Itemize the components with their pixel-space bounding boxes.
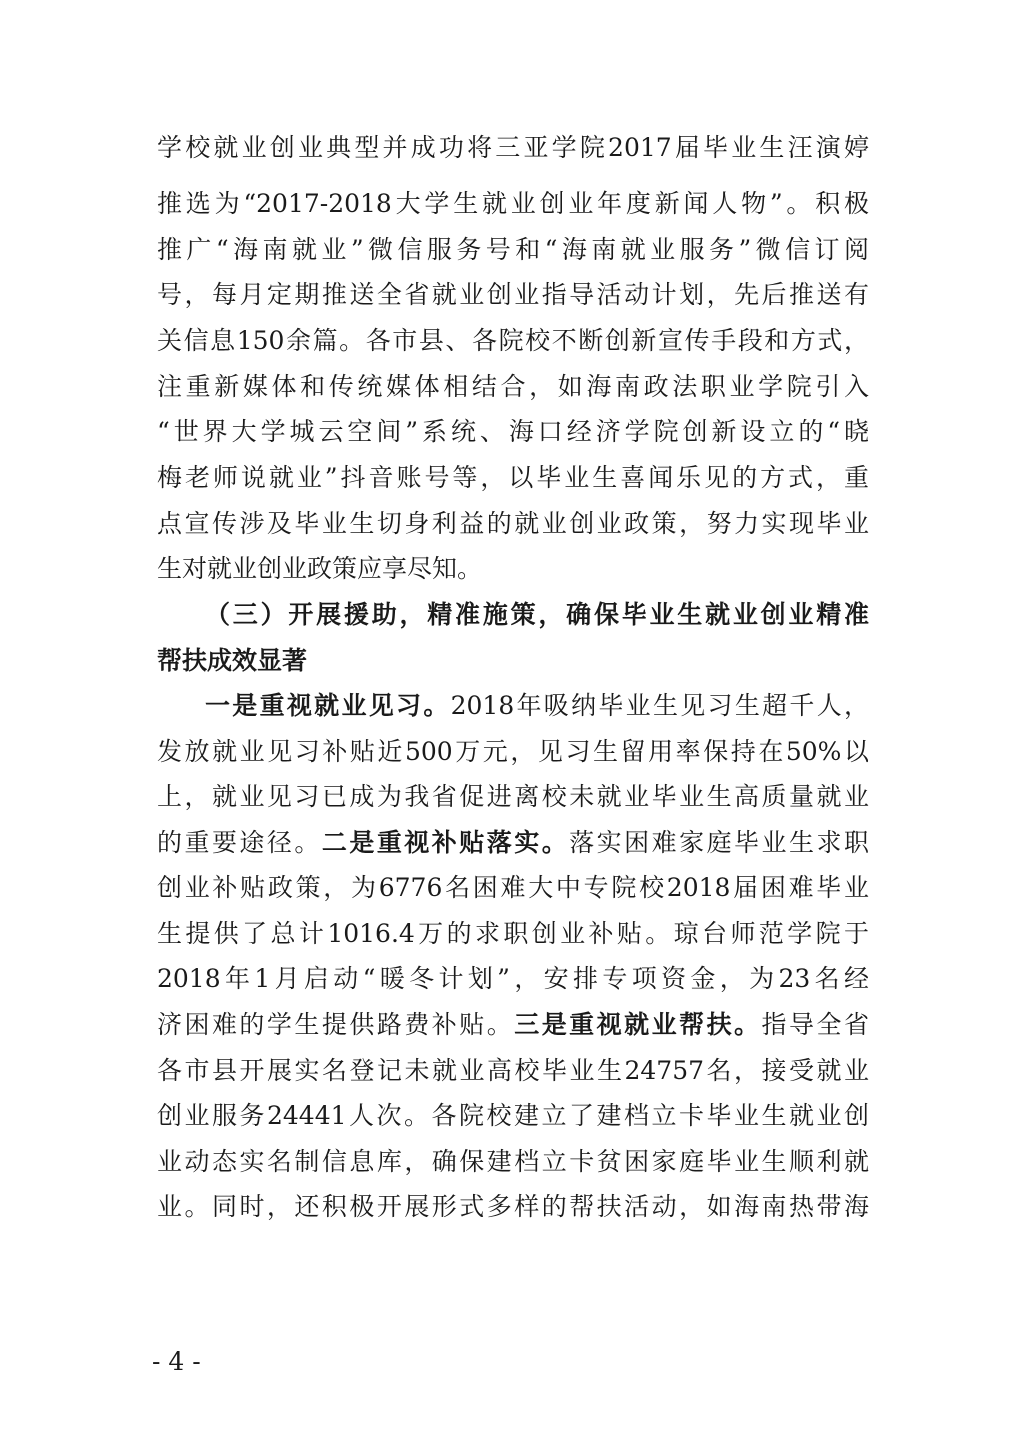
paragraph-line: 注重新媒体和传统媒体相结合，如海南政法职业学院引入 xyxy=(157,367,869,407)
line-text: 指导全省 xyxy=(762,1010,869,1039)
document-page: 学校就业创业典型并成功将三亚学院2017届毕业生汪演婷 推选为“2017-201… xyxy=(0,0,1024,1447)
paragraph-line: 的重要途径。二是重视补贴落实。落实困难家庭毕业生求职 xyxy=(157,823,869,863)
paragraph-line: 济困难的学生提供路费补贴。三是重视就业帮扶。指导全省 xyxy=(157,1005,869,1045)
section-heading: （三）开展援助，精准施策，确保毕业生就业创业精准 xyxy=(205,595,869,635)
paragraph-line: 发放就业见习补贴近500万元，见习生留用率保持在50%以 xyxy=(157,732,869,772)
paragraph-line: 创业服务24441人次。各院校建立了建档立卡毕业生就业创 xyxy=(157,1096,869,1136)
paragraph-line: 生对就业创业政策应享尽知。 xyxy=(157,549,869,589)
paragraph-line: 创业补贴政策，为6776名困难大中专院校2018届困难毕业 xyxy=(157,868,869,908)
line-text: 济困难的学生提供路费补贴。 xyxy=(157,1010,514,1039)
emphasis-point-two: 二是重视补贴落实。 xyxy=(322,828,569,857)
emphasis-point-one: 一是重视就业见习。 xyxy=(205,691,451,720)
paragraph-line: 上，就业见习已成为我省促进离校未就业毕业生高质量就业 xyxy=(157,777,869,817)
paragraph-line: 点宣传涉及毕业生切身利益的就业创业政策，努力实现毕业 xyxy=(157,504,869,544)
page-number: - 4 - xyxy=(152,1344,201,1380)
line-text: 落实困难家庭毕业生求职 xyxy=(569,828,869,857)
paragraph-line: 关信息150余篇。各市县、各院校不断创新宣传手段和方式， xyxy=(157,321,869,361)
paragraph-line: 号，每月定期推送全省就业创业指导活动计划，先后推送有 xyxy=(157,275,869,315)
section-heading-continued: 帮扶成效显著 xyxy=(157,641,869,681)
paragraph-line: 学校就业创业典型并成功将三亚学院2017届毕业生汪演婷 xyxy=(157,128,869,168)
paragraph-line: 推选为“2017-2018大学生就业创业年度新闻人物”。积极 xyxy=(157,184,869,224)
paragraph-line: 2018年1月启动“暖冬计划”，安排专项资金，为23名经 xyxy=(157,959,869,999)
paragraph-line: 业。同时，还积极开展形式多样的帮扶活动，如海南热带海 xyxy=(157,1187,869,1227)
paragraph-line: “世界大学城云空间”系统、海口经济学院创新设立的“晓 xyxy=(157,412,869,452)
paragraph-line: 各市县开展实名登记未就业高校毕业生24757名，接受就业 xyxy=(157,1051,869,1091)
paragraph-line: 推广“海南就业”微信服务号和“海南就业服务”微信订阅 xyxy=(157,230,869,270)
line-text: 的重要途径。 xyxy=(157,828,322,857)
paragraph-line: 梅老师说就业”抖音账号等，以毕业生喜闻乐见的方式，重 xyxy=(157,458,869,498)
line-text: 2018年吸纳毕业生见习生超千人， xyxy=(451,691,869,720)
paragraph-line: 生提供了总计1016.4万的求职创业补贴。琼台师范学院于 xyxy=(157,914,869,954)
paragraph-line: 一是重视就业见习。2018年吸纳毕业生见习生超千人， xyxy=(205,686,869,726)
emphasis-point-three: 三是重视就业帮扶。 xyxy=(514,1010,761,1039)
paragraph-line: 业动态实名制信息库，确保建档立卡贫困家庭毕业生顺利就 xyxy=(157,1142,869,1182)
